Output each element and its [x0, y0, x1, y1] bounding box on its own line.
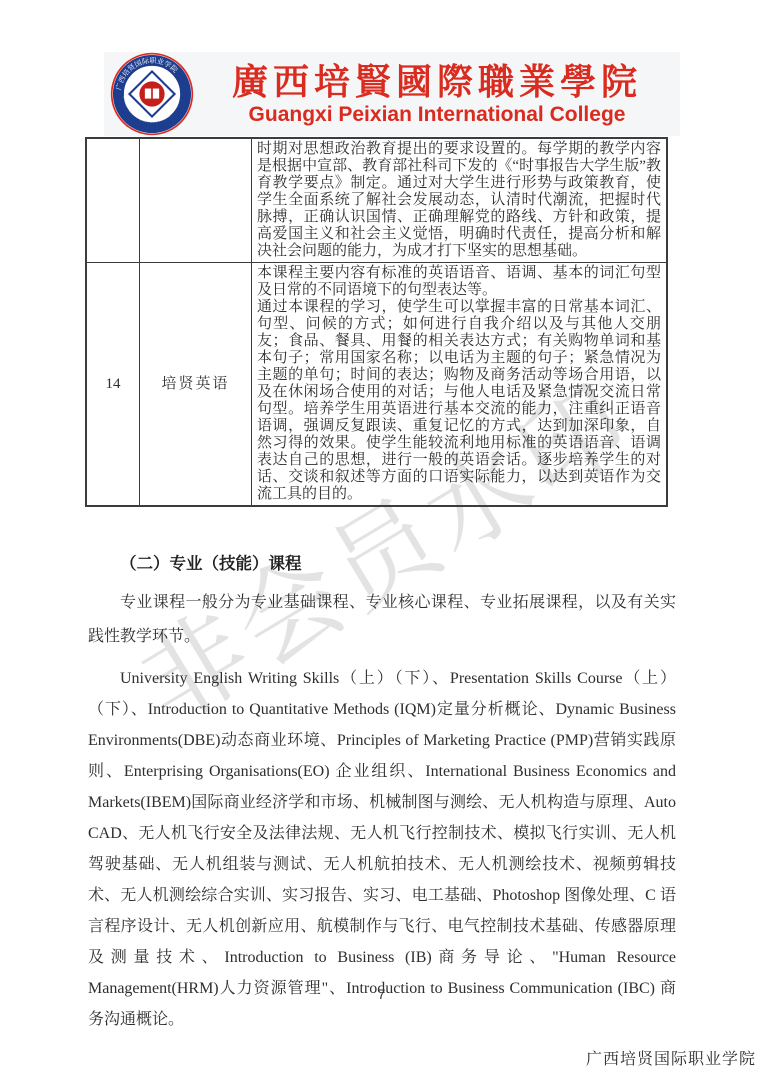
college-title-block: 廣西培賢國際職業學院 Guangxi Peixian International…: [194, 64, 680, 125]
college-logo: 广西培贤国际职业学院 GUANGXI PEIXIAN INTERNATIONAL…: [110, 52, 194, 136]
seal-core: [139, 81, 164, 106]
header-band: 广西培贤国际职业学院 GUANGXI PEIXIAN INTERNATIONAL…: [104, 52, 680, 136]
document-page: 非会员水印 广西培贤国际职业学院 GUANGXI PEIXIAN INTERNA…: [0, 0, 763, 1080]
cell-course-description: 本课程主要内容有标准的英语语音、语调、基本的词汇句型及日常的不同语境下的句型表达…: [252, 263, 668, 507]
table-row: 时期对思想政治教育提出的要求设置的。每学期的教学内容是根据中宣部、教育部社科司下…: [86, 138, 667, 263]
college-name-english: Guangxi Peixian International College: [194, 104, 680, 125]
cell-course-number: [86, 138, 140, 263]
course-table-wrap: 时期对思想政治教育提出的要求设置的。每学期的教学内容是根据中宣部、教育部社科司下…: [85, 137, 668, 507]
course-table: 时期对思想政治教育提出的要求设置的。每学期的教学内容是根据中宣部、教育部社科司下…: [85, 137, 668, 507]
footer-college-name: 广西培贤国际职业学院: [586, 1046, 756, 1069]
cell-course-name: [140, 138, 252, 263]
table-row: 14 培贤英语 本课程主要内容有标准的英语语音、语调、基本的词汇句型及日常的不同…: [86, 263, 667, 507]
cell-course-number: 14: [86, 263, 140, 507]
paragraph-course-list: University English Writing Skills（上）（下）、…: [88, 663, 676, 1035]
section-heading: （二）专业（技能）课程: [88, 550, 676, 574]
paragraph-course-categories: 专业课程一般分为专业基础课程、专业核心课程、专业拓展课程，以及有关实践性教学环节…: [88, 586, 676, 654]
college-name-chinese: 廣西培賢國際職業學院: [194, 64, 680, 100]
cell-course-name: 培贤英语: [140, 263, 252, 507]
specialized-courses-section: （二）专业（技能）课程 专业课程一般分为专业基础课程、专业核心课程、专业拓展课程…: [88, 550, 676, 1035]
college-seal-icon: 广西培贤国际职业学院 GUANGXI PEIXIAN INTERNATIONAL…: [110, 52, 194, 136]
cell-course-description: 时期对思想政治教育提出的要求设置的。每学期的教学内容是根据中宣部、教育部社科司下…: [252, 138, 668, 263]
page-number: 7: [0, 986, 763, 1002]
